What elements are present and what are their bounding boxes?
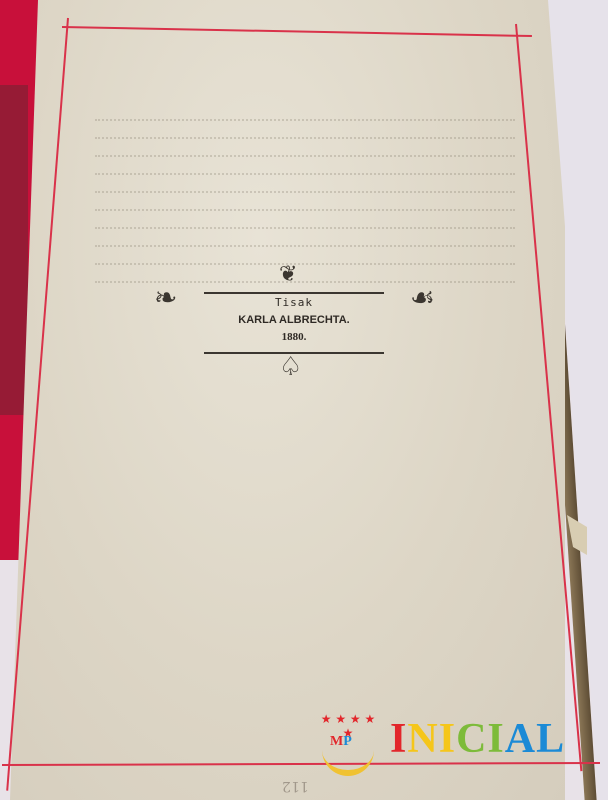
printer-imprint: ❦ ❧ ☙ Tisak KARLA ALBRECHTA. 1880. ♤ (152, 262, 437, 390)
watermark-logo: ★ ★ ★ ★ ★ MP INICIAL (318, 712, 588, 772)
wordmark-letter: I (439, 716, 456, 762)
imprint-line-2: KARLA ALBRECHTA. (204, 314, 384, 326)
cover-shadow (0, 85, 28, 415)
wordmark-letter: C (456, 716, 487, 762)
imprint-line-1: Tisak (204, 296, 384, 309)
show-through-text (95, 105, 515, 285)
ornament-left-icon: ❧ (154, 284, 177, 312)
wordmark-letter: I (390, 716, 407, 762)
ornament-right-icon: ☙ (410, 284, 435, 312)
ornament-bottom-icon: ♤ (279, 354, 302, 380)
watermark-wordmark: INICIAL (390, 718, 565, 760)
ornament-top-icon: ❦ (279, 264, 297, 286)
wordmark-letter: L (536, 716, 565, 762)
wordmark-letter: I (487, 716, 504, 762)
mirrored-page-number: 112 (282, 778, 309, 794)
wordmark-letter: A (505, 716, 536, 762)
wordmark-letter: N (407, 716, 438, 762)
imprint-year: 1880. (204, 331, 384, 343)
emblem-initials: MP (330, 734, 352, 750)
